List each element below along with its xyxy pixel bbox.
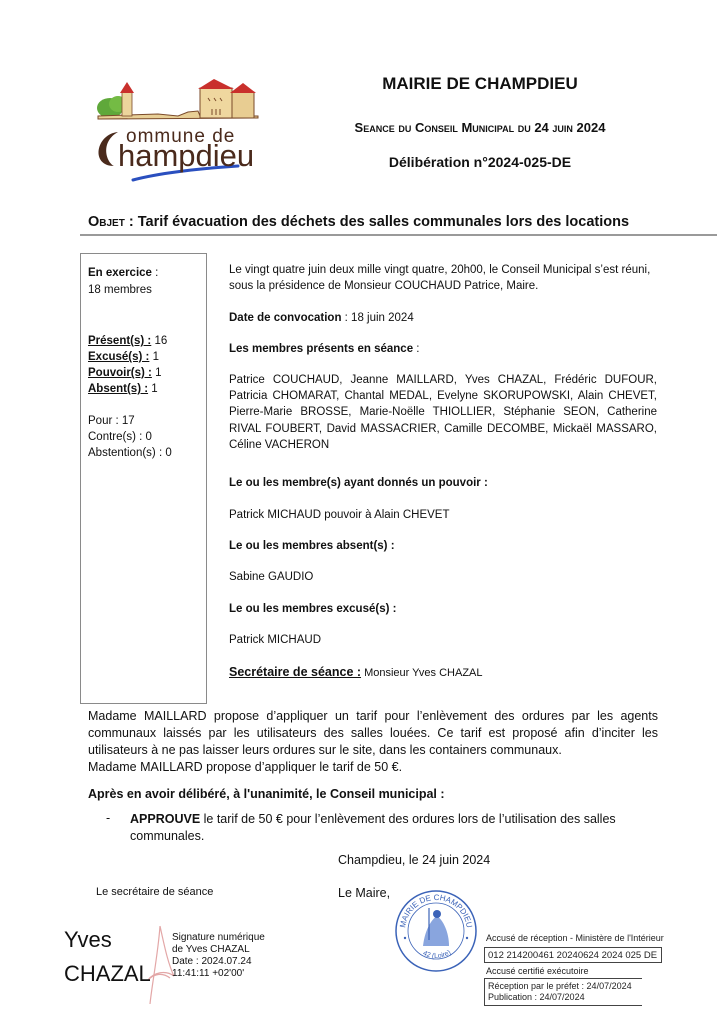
exercice-label-line: En exercice : [88,266,158,282]
presents-count: Présent(s) : 16 [88,334,167,350]
objet-divider [80,234,717,236]
presents-heading: Les membres présents en séance [229,343,413,355]
convocation-value: : 18 juin 2024 [341,312,413,324]
maire-signature-label: Le Maire, [338,886,390,900]
seance-text: Seance du Conseil Municipal du 24 juin 2… [355,120,606,135]
excuse-heading: Le ou les membres excusé(s) : [229,601,657,617]
sig-info-line-3: Date : 2024.07.24 [172,956,265,968]
accuse-dates: Réception par le préfet : 24/07/2024 Pub… [484,978,642,1006]
vote-contre: Contre(s) : 0 [88,430,152,446]
approuve-label: APPROUVE [130,812,200,826]
reception-prefet: Réception par le préfet : 24/07/2024 [488,981,639,992]
presents-label: Présent(s) : [88,335,151,347]
decision-heading: Après en avoir délibéré, à l'unanimité, … [88,786,658,803]
presents-heading-line: Les membres présents en séance : [229,341,657,357]
mairie-title: MAIRIE DE CHAMPDIEU [300,74,660,94]
sig-info-line-4: 11:41:11 +02'00' [172,968,265,980]
pouvoir-heading: Le ou les membre(s) ayant donnés un pouv… [229,475,657,491]
commune-logo: ommune de hampdieu [88,76,268,186]
publication-date: Publication : 24/07/2024 [488,992,639,1003]
mairie-stamp-icon: MAIRIE DE CHAMPDIEU 42 (Loire) [393,888,479,974]
vote-abstention: Abstention(s) : 0 [88,446,172,462]
pouvoirs-label: Pouvoir(s) : [88,367,152,379]
proposition-paragraph: Madame MAILLARD propose d’appliquer un t… [88,708,658,759]
secretaire-line: Secrétaire de séance : Monsieur Yves CHA… [229,664,657,681]
sig-info-line-1: Signature numérique [172,932,265,944]
absents-label: Absent(s) : [88,383,148,395]
logo-text-champdieu: hampdieu [118,138,254,174]
approuve-text: le tarif de 50 € pour l’enlèvement des o… [130,812,616,843]
proposition-tarif: Madame MAILLARD propose d’appliquer le t… [88,759,658,776]
presents-value: 16 [154,335,167,347]
accuse-title: Accusé de réception - Ministère de l'Int… [486,933,664,943]
accuse-reference: 012 214200461 20240624 2024 025 DE [484,947,662,963]
accuse-certifie: Accusé certifié exécutoire [486,966,589,976]
excuses-label: Excusé(s) : [88,351,149,363]
vote-pour: Pour : 17 [88,414,135,430]
approuve-item: APPROUVE le tarif de 50 € pour l’enlèvem… [130,811,660,845]
excuse-value: Patrick MICHAUD [229,632,657,648]
excuses-value: 1 [153,351,159,363]
sig-info-line-2: de Yves CHAZAL [172,944,265,956]
exercice-label: En exercice [88,267,152,279]
exercice-value: 18 membres [88,283,152,299]
signature-first-name: Yves [64,926,112,953]
bullet-dash: - [106,811,110,825]
objet-label: Objet : [88,214,134,230]
place-date: Champdieu, le 24 juin 2024 [338,853,490,867]
convocation-label: Date de convocation [229,312,341,324]
absents-count: Absent(s) : 1 [88,382,158,398]
svg-text:42 (Loire): 42 (Loire) [422,949,453,960]
secretaire-signature-label: Le secrétaire de séance [96,886,213,898]
absents-value: 1 [151,383,157,395]
pouvoirs-count: Pouvoir(s) : 1 [88,366,162,382]
objet-text: Tarif évacuation des déchets des salles … [138,214,629,230]
secretaire-value: Monsieur Yves CHAZAL [361,667,482,679]
secretaire-label: Secrétaire de séance : [229,665,361,679]
absent-heading: Le ou les membres absent(s) : [229,538,657,554]
pouvoirs-value: 1 [155,367,161,379]
presents-heading-suffix: : [413,343,419,355]
deliberation-number: Délibération n°2024-025-DE [300,154,660,170]
seance-intro: Le vingt quatre juin deux mille vingt qu… [229,262,657,294]
pouvoir-value: Patrick MICHAUD pouvoir à Alain CHEVET [229,507,657,523]
absent-value: Sabine GAUDIO [229,569,657,585]
vote-summary-box [80,253,207,704]
objet-line: Objet : Tarif évacuation des déchets des… [88,214,629,230]
excuses-count: Excusé(s) : 1 [88,350,159,366]
seance-heading: Seance du Conseil Municipal du 24 juin 2… [300,120,660,135]
signature-last-name: CHAZAL [64,960,151,987]
presents-list: Patrice COUCHAUD, Jeanne MAILLARD, Yves … [229,372,657,453]
digital-signature-info: Signature numérique de Yves CHAZAL Date … [172,932,265,980]
convocation-line: Date de convocation : 18 juin 2024 [229,310,657,326]
